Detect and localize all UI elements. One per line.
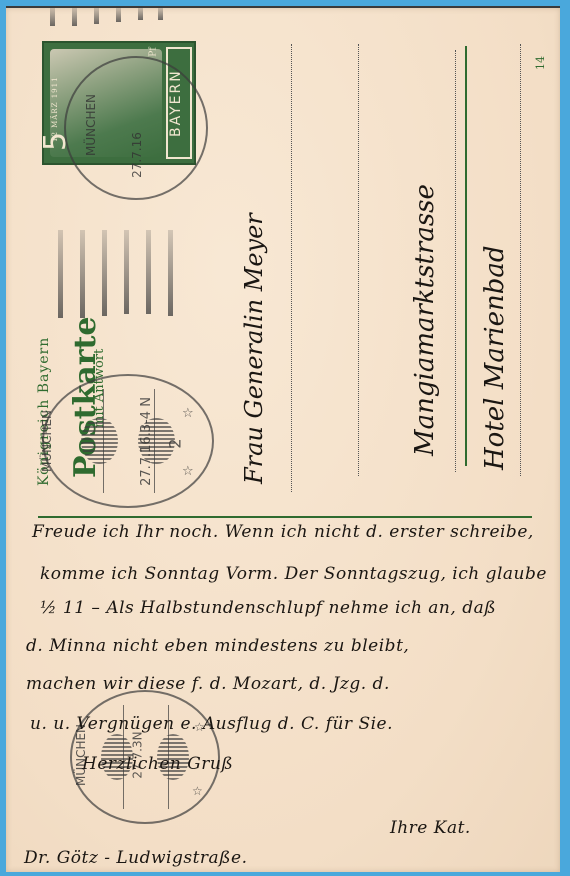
divider-horizontal	[38, 516, 532, 518]
cancellation-bar	[102, 230, 107, 316]
stamp-currency: Pf	[148, 47, 158, 56]
message-sender: Dr. Götz - Ludwigstraße.	[24, 848, 247, 868]
stamp-date: 12 MÄRZ 1911	[51, 52, 59, 142]
cancellation-bar	[138, 8, 143, 20]
postmark-date: 27.7.16	[130, 132, 144, 178]
divider-vertical	[465, 46, 467, 466]
postmark-date: 27.7.16.3-4 N	[139, 397, 154, 486]
cancellation-bar	[58, 230, 63, 318]
cancellation-bar	[124, 230, 129, 314]
message-signature: Ihre Kat.	[390, 818, 471, 838]
message-line: ½ 11 – Als Halbstundenschlupf nehme ich …	[40, 598, 496, 618]
cancellation-bar	[50, 8, 55, 26]
message-line: komme ich Sonntag Vorm. Der Sonntagszug,…	[40, 564, 547, 584]
address-street: Mangiamarktstrasse	[410, 184, 440, 456]
cancellation-bar	[146, 230, 151, 314]
postcard: 12 MÄRZ 1911 5 Pf BAYERN MÜNCHEN 27.7.16…	[6, 6, 560, 872]
cancellation-bar	[94, 8, 99, 24]
cancellation-bar	[158, 8, 163, 20]
cancellation-bar	[168, 230, 173, 316]
postmark-city: MÜNCHEN	[84, 94, 98, 156]
message-line: d. Minna nicht eben mindestens zu bleibt…	[26, 636, 409, 656]
message-line: u. u. Vergnügen e. Ausflug d. C. für Sie…	[30, 714, 393, 734]
star-icon: ☆	[182, 464, 194, 479]
message-line: Freude ich Ihr noch. Wenn ich nicht d. e…	[32, 522, 534, 542]
address-line-1	[291, 44, 292, 492]
card-number: 14	[534, 56, 547, 70]
address-hotel: Hotel Marienbad	[480, 245, 510, 470]
address-line-3	[455, 50, 456, 472]
address-line-2	[358, 44, 359, 476]
postmark-code: 2	[166, 438, 185, 448]
message-line: Herzlichen Gruß	[82, 754, 233, 774]
postmark-top: MÜNCHEN 27.7.16	[64, 56, 208, 200]
postmark-city: MÜNCHEN	[40, 410, 54, 472]
address-recipient: Frau Generalin Meyer	[240, 213, 268, 484]
star-icon: ☆	[182, 406, 194, 421]
address-line-4	[520, 44, 521, 476]
star-icon: ☆	[192, 784, 203, 798]
cancellation-bar	[80, 230, 85, 318]
postmark-middle: MÜNCHEN 27.7.16.3-4 N 2 ☆ ☆	[42, 374, 214, 508]
message-line: machen wir diese f. d. Mozart, d. Jzg. d…	[26, 674, 390, 694]
cancellation-bar	[116, 8, 121, 22]
cancellation-bar	[72, 8, 77, 26]
